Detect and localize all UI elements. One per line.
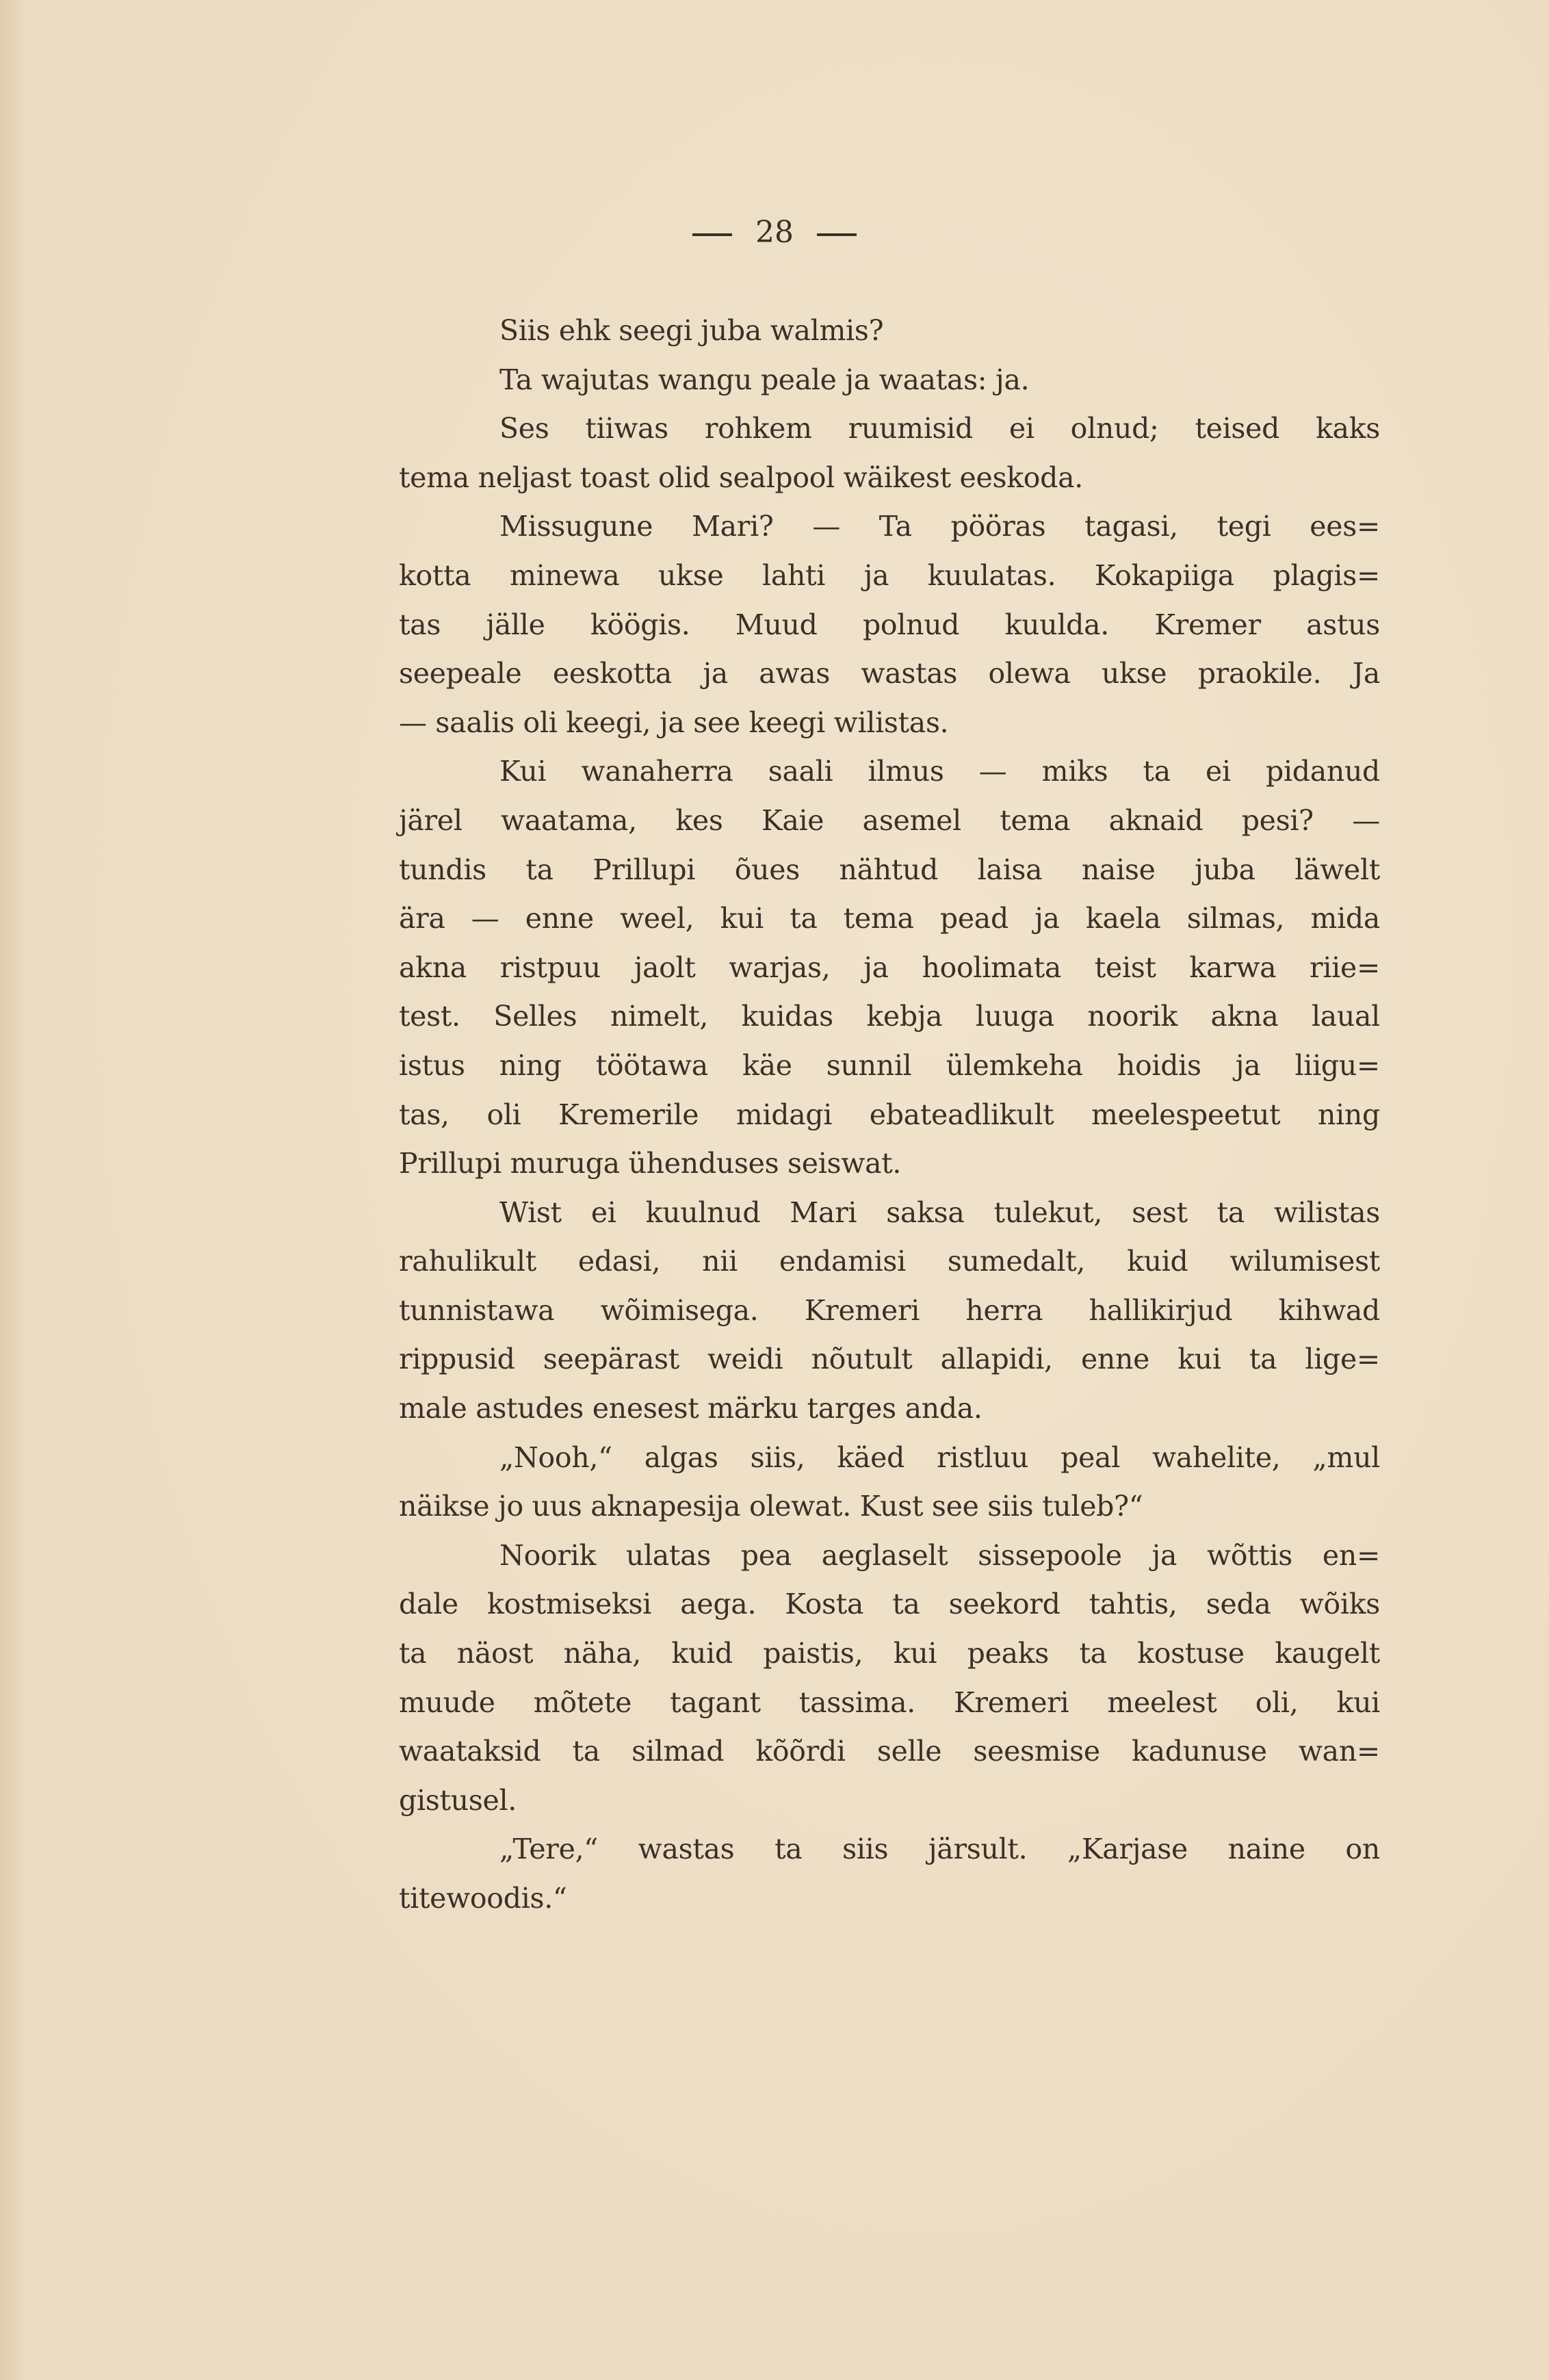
text-line: dale kostmiseksi aega. Kosta ta seekord … — [399, 1580, 1380, 1629]
page-number-right-dash — [817, 233, 857, 236]
text-line: muude mõtete tagant tassima. Kremeri mee… — [399, 1679, 1380, 1728]
text-line: rahulikult edasi, nii endamisi sumedalt,… — [399, 1237, 1380, 1286]
text-line: waataksid ta silmad kõõrdi selle seesmis… — [399, 1727, 1380, 1776]
text-line: ta näost näha, kuid paistis, kui peaks t… — [399, 1629, 1380, 1679]
text-line: Ses tiiwas rohkem ruumisid ei olnud; tei… — [399, 404, 1380, 454]
text-line: rippusid seepärast weidi nõutult allapid… — [399, 1335, 1380, 1384]
text-line: tema neljast toast olid sealpool wäikest… — [399, 454, 1380, 503]
text-line: tas jälle köögis. Muud polnud kuulda. Kr… — [399, 601, 1380, 650]
text-line: järel waatama, kes Kaie asemel tema akna… — [399, 797, 1380, 846]
text-line: näikse jo uus aknapesija olewat. Kust se… — [399, 1482, 1380, 1531]
text-line: akna ristpuu jaolt warjas, ja hoolimata … — [399, 944, 1380, 993]
text-line: tundis ta Prillupi õues nähtud laisa nai… — [399, 846, 1380, 895]
text-line: „Tere,“ wastas ta siis järsult. „Karjase… — [399, 1825, 1380, 1874]
text-line: Siis ehk seegi juba walmis? — [399, 307, 1380, 356]
text-line: — saalis oli keegi, ja see keegi wilista… — [399, 699, 1380, 748]
text-line: Prillupi muruga ühenduses seiswat. — [399, 1139, 1380, 1189]
text-line: tas, oli Kremerile midagi ebateadlikult … — [399, 1091, 1380, 1140]
text-line: Noorik ulatas pea aeglaselt sissepoole j… — [399, 1531, 1380, 1581]
page-number: 28 — [0, 205, 1549, 260]
text-line: ära — enne weel, kui ta tema pead ja kae… — [399, 894, 1380, 944]
text-line: istus ning töötawa käe sunnil ülemkeha h… — [399, 1042, 1380, 1091]
text-line: titewoodis.“ — [399, 1874, 1380, 1924]
text-line: male astudes enesest märku targes anda. — [399, 1384, 1380, 1434]
text-line: seepeale eeskotta ja awas wastas olewa u… — [399, 649, 1380, 699]
page-number-left-dash — [692, 233, 732, 236]
text-line: Ta wajutas wangu peale ja waatas: ja. — [399, 356, 1380, 405]
text-line: tunnistawa wõimisega. Kremeri herra hall… — [399, 1286, 1380, 1336]
text-line: kotta minewa ukse lahti ja kuulatas. Kok… — [399, 552, 1380, 601]
page-number-value: 28 — [755, 218, 794, 248]
text-line: gistusel. — [399, 1776, 1380, 1826]
text-line: Kui wanaherra saali ilmus — miks ta ei p… — [399, 747, 1380, 797]
text-line: „Nooh,“ algas siis, käed ristluu peal wa… — [399, 1434, 1380, 1483]
text-line: test. Selles nimelt, kuidas kebja luuga … — [399, 992, 1380, 1042]
text-line: Wist ei kuulnud Mari saksa tulekut, sest… — [399, 1189, 1380, 1238]
body-text: Siis ehk seegi juba walmis? Ta wajutas w… — [399, 307, 1380, 1924]
text-line: Missugune Mari? — Ta pööras tagasi, tegi… — [399, 502, 1380, 552]
